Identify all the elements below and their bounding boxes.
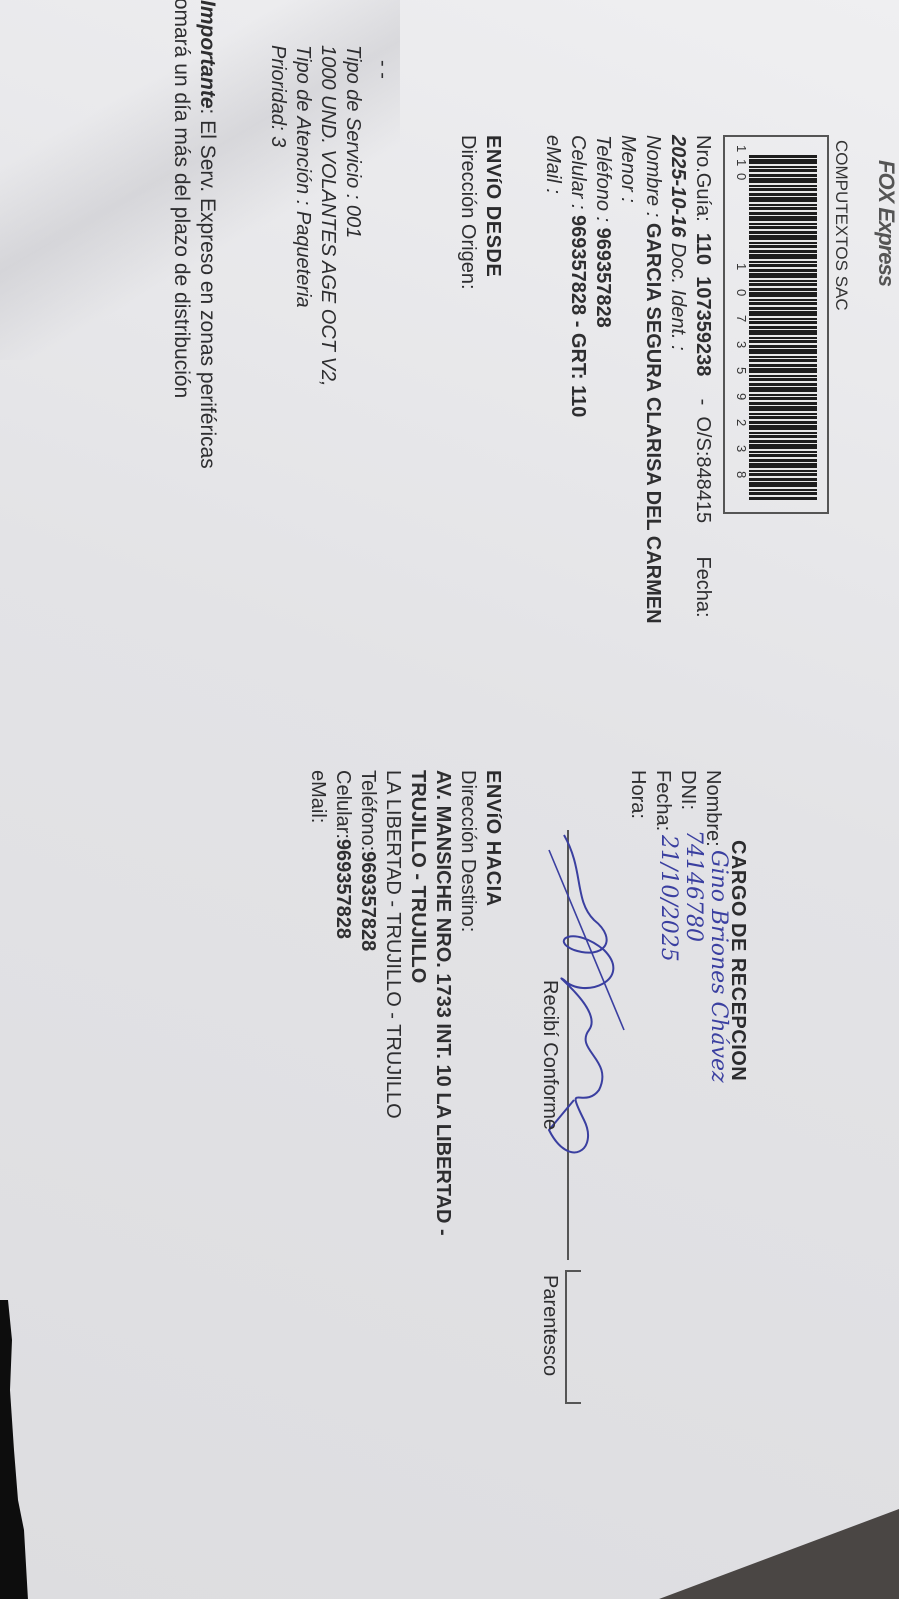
cargo-dni-handwritten: 74146780	[681, 830, 706, 942]
brand-logo: FOX Express	[873, 160, 899, 286]
service-type: Tipo de Servicio : 001	[341, 45, 364, 238]
order-number: O/S:848415	[692, 416, 714, 523]
guide-line: Nro.Guía: 110 107359238 - O/S:848415 Fec…	[691, 135, 714, 618]
recibi-conforme-label: Recibí Conforme	[538, 980, 561, 1130]
doc-ident-label: Doc. Ident. :	[667, 243, 689, 351]
guide-prefix: 110	[692, 233, 714, 265]
attention-type: Tipo de Atención : Paqueteria	[291, 45, 314, 308]
destination-phone: 969357828	[357, 851, 379, 951]
package-contents: 1000 UND. VOLANTES AGE OCT V2,	[316, 45, 339, 387]
barcode-bars	[749, 155, 817, 500]
recipient-phone: 969357828	[592, 228, 614, 328]
destination-cell: 969357828	[332, 839, 354, 939]
fecha-value: 2025-10-16	[667, 135, 689, 237]
destination-cell-line: Celular:969357828	[331, 770, 354, 939]
barcode-digits: 110107359238	[734, 145, 749, 491]
guide-separator: -	[692, 399, 714, 406]
guide-number: 107359238	[692, 276, 714, 376]
destination-phone-line: Teléfono:969357828	[356, 770, 379, 951]
destination-region: LA LIBERTAD - TRUJILLO - TRUJILLO	[381, 770, 404, 1119]
important-notice-line2: tomará un día más del plazo de distribuc…	[169, 0, 193, 398]
important-notice-line1: Importante: El Serv. Expreso en zonas pe…	[195, 0, 219, 469]
destination-title: ENVíO HACIA	[481, 770, 504, 907]
shipping-receipt: FOX Express COMPUTEXTOS SAC 110107359238…	[0, 0, 899, 1599]
destination-address-line2: TRUJILLO - TRUJILLO	[406, 770, 429, 983]
cargo-fecha-handwritten: 21/10/2025	[656, 835, 681, 962]
destination-email-label: eMail:	[306, 770, 329, 823]
recipient-phone-line: Teléfono : 969357828	[591, 135, 614, 328]
menor-label: Menor :	[616, 135, 639, 203]
destination-address-label: Dirección Destino:	[456, 770, 479, 932]
priority: Prioridad: 3	[266, 45, 289, 147]
origin-title: ENVíO DESDE	[481, 135, 504, 277]
date-line: 2025-10-16 Doc. Ident. :	[666, 135, 689, 351]
cargo-dni-label: DNI:	[676, 770, 699, 810]
guide-label: Nro.Guía:	[692, 135, 714, 222]
destination-address-line1: AV. MANSICHE NRO. 1733 INT. 10 LA LIBERT…	[431, 770, 454, 1236]
barcode: 110107359238	[723, 135, 829, 514]
important-label: Importante	[196, 0, 219, 109]
recipient-cell-line: Celular : 969357828 - GRT: 110	[566, 135, 589, 417]
parentesco-label: Parentesco	[538, 1275, 561, 1376]
recipient-name: GARCIA SEGURA CLARISA DEL CARMEN	[642, 223, 664, 624]
cargo-hora-label: Hora:	[626, 770, 649, 819]
origin-address-value: - -	[371, 60, 394, 79]
sender-company: COMPUTEXTOS SAC	[831, 140, 851, 311]
recipient-email-label: eMail :	[541, 135, 564, 194]
cargo-fecha-label: Fecha:	[651, 770, 674, 831]
recipient-cell: 969357828 - GRT: 110	[567, 215, 589, 417]
parentesco-bracket	[565, 1270, 581, 1404]
fecha-label: Fecha:	[692, 556, 714, 617]
origin-address-label: Dirección Origen:	[456, 135, 479, 290]
cargo-nombre-handwritten: Gino Briones Chávez	[706, 850, 731, 1083]
recipient-name-line: Nombre : GARCIA SEGURA CLARISA DEL CARME…	[641, 135, 664, 624]
